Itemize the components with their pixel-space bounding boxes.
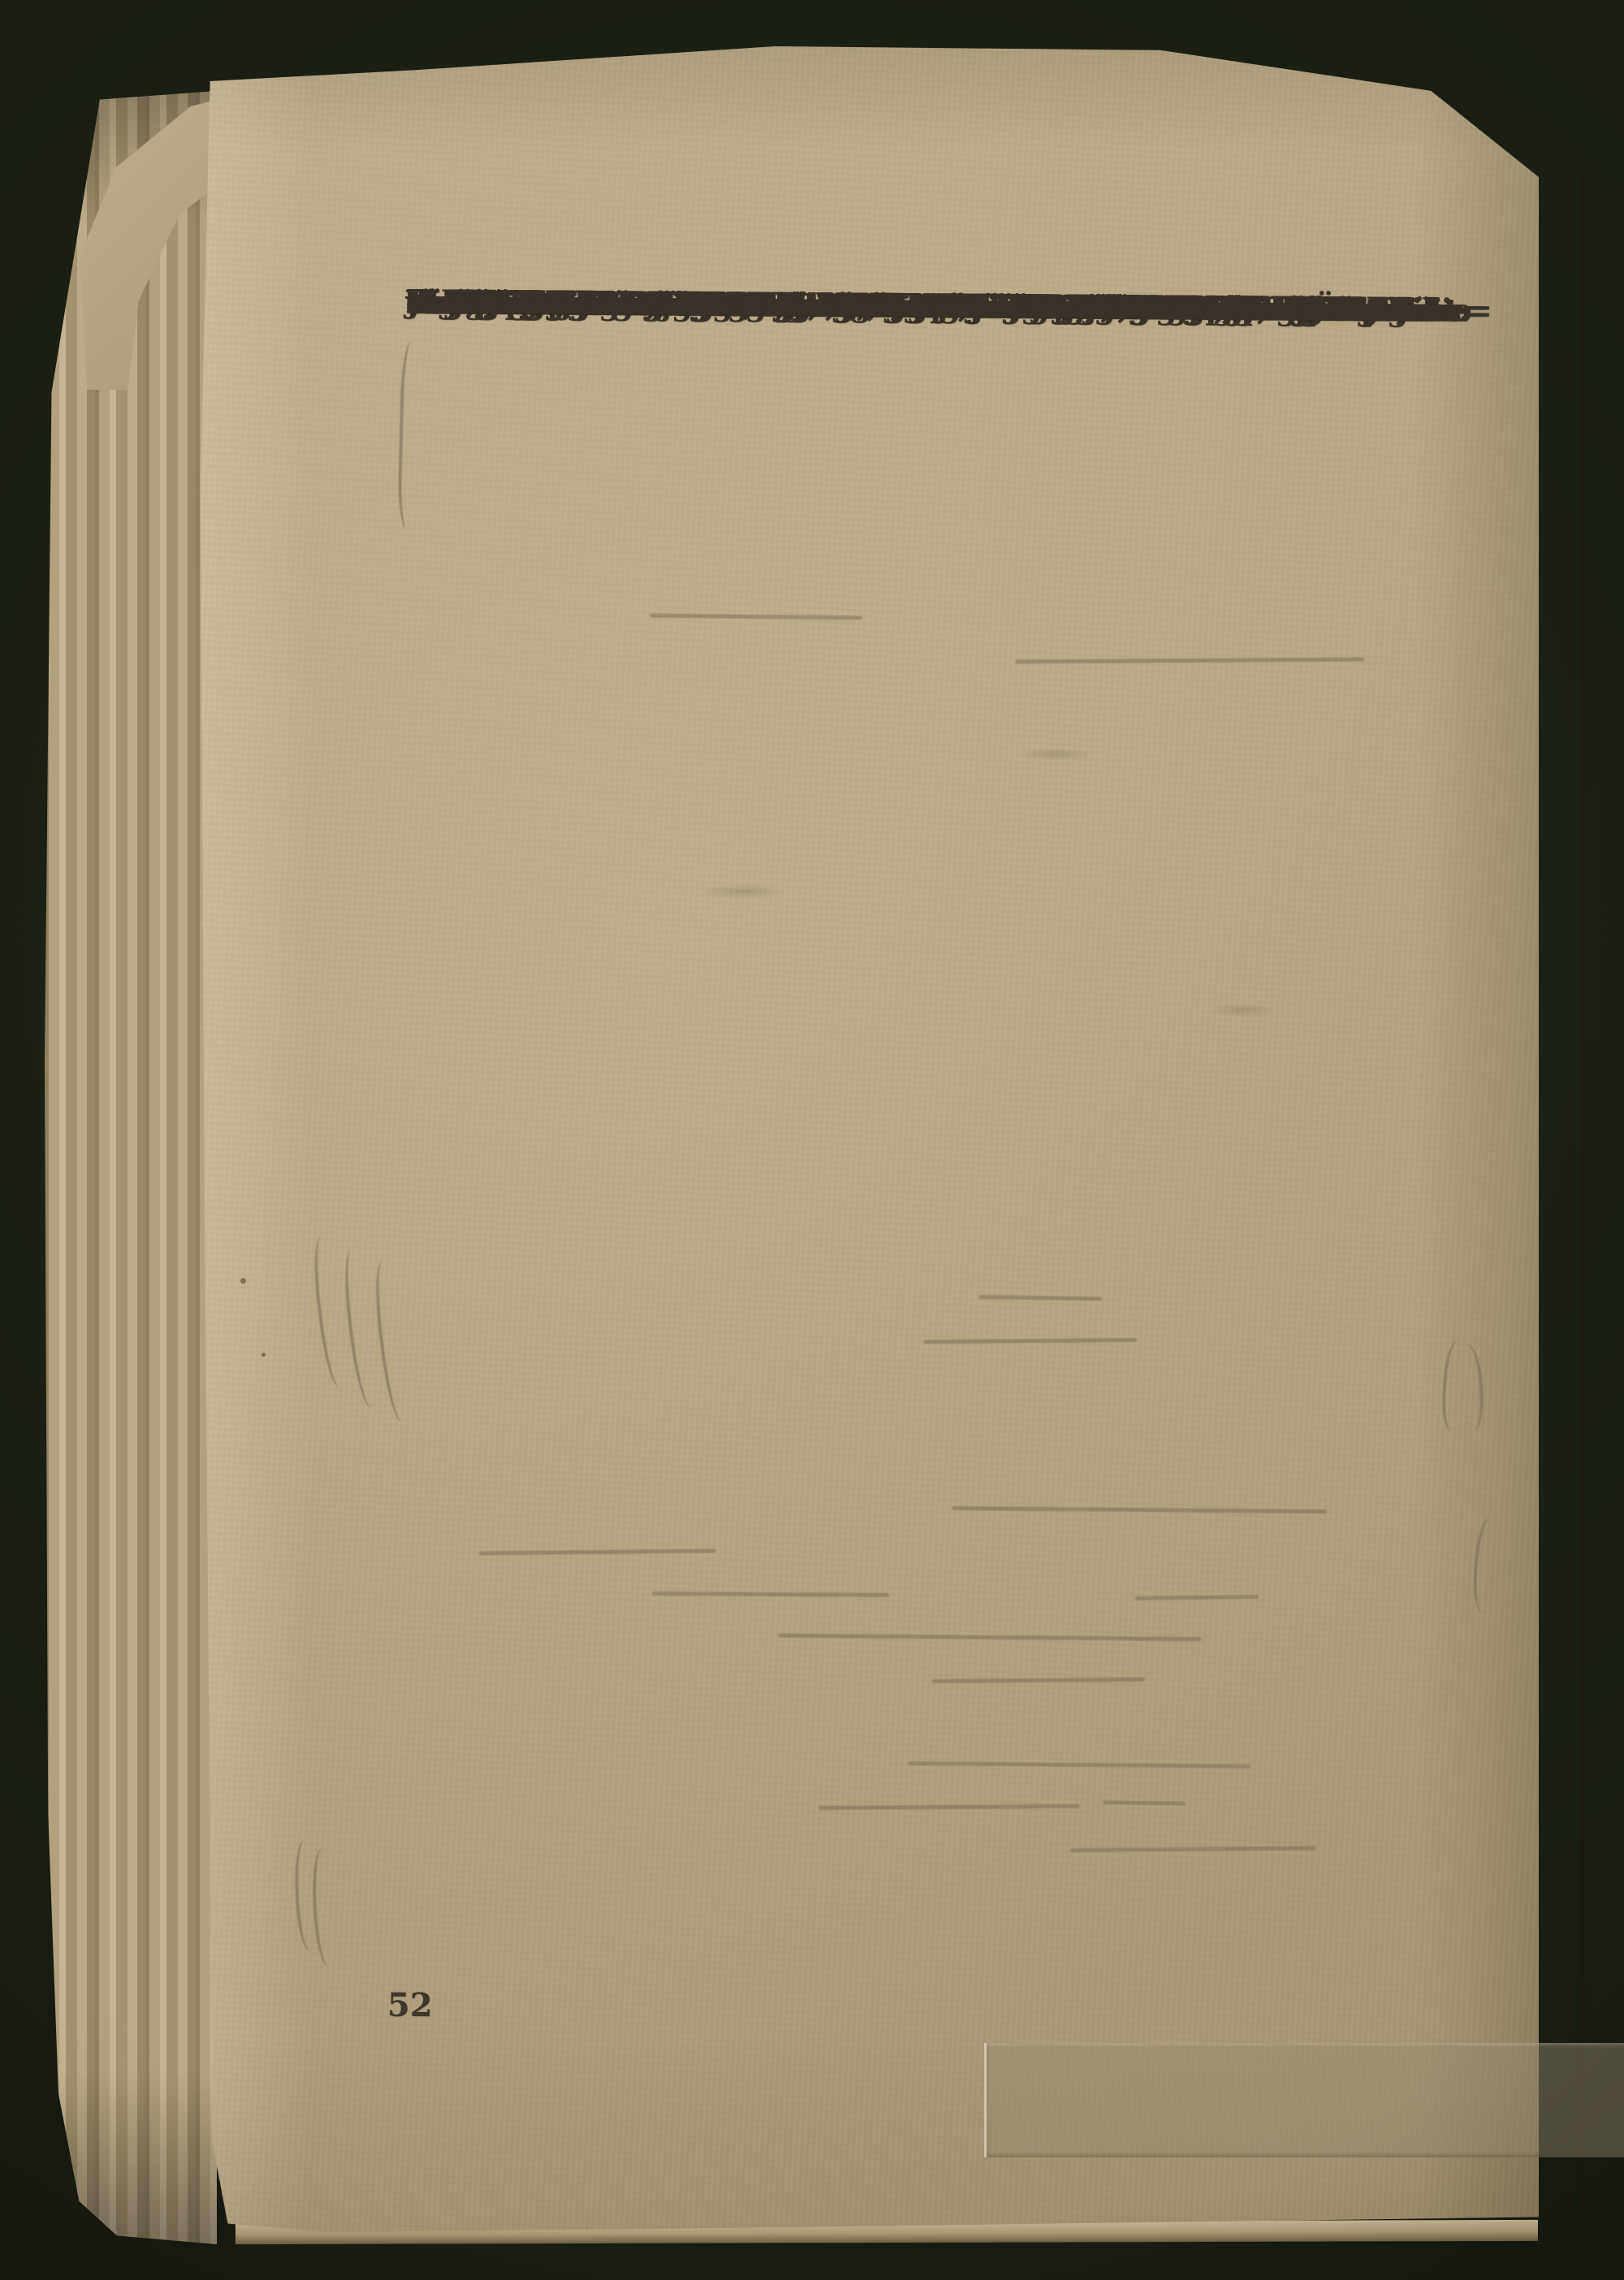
facing-page-edge xyxy=(1583,179,1624,2231)
book-page xyxy=(175,41,1539,2235)
pencil-underline xyxy=(1103,1800,1186,1805)
text-line: völlig entbehre. — — xyxy=(406,281,756,326)
ink-speck xyxy=(240,1278,246,1284)
book-scan: wo eintretenden Dissonanz mit kränkendem… xyxy=(0,0,1624,2280)
page-stack-edge xyxy=(45,91,217,2244)
ink-speck xyxy=(261,1353,266,1357)
pencil-smudge xyxy=(1194,1000,1291,1020)
gutter-fold xyxy=(1536,169,1587,2238)
page-number: 52 xyxy=(387,1986,433,2024)
pencil-smudge xyxy=(999,745,1112,763)
tape-patch xyxy=(984,2043,1624,2157)
pencil-smudge xyxy=(682,881,804,902)
gutter-seam-shadow xyxy=(1580,174,1584,2231)
